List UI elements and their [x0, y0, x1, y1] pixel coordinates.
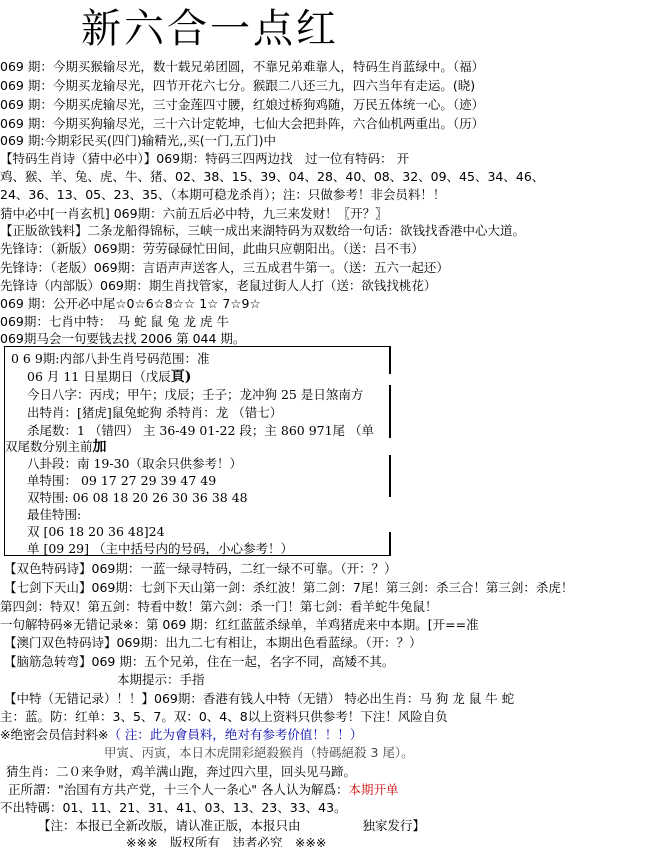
box-dan-te: 单特围： 09 17 27 29 39 47 49	[27, 472, 216, 489]
text-line: 【双色特码诗】069期：一蓝一绿寻特码，二红一绿不可靠。（开：？）	[4, 560, 397, 578]
text-line: 24、36、13、05、23、35、（本期可稳龙杀肖）；注：只做参考！非会员料！…	[0, 186, 445, 204]
box-bazi: 今日八字：丙戌；甲午；戊辰；壬子；龙冲狗 25 是日煞南方	[27, 386, 363, 403]
text-line: 069 期：今期买虎输尽光，三寸金莲四寸腰，红娘过桥狗鸡随，万民五体统一心。（迹…	[0, 96, 484, 114]
text-line: 猜中必中[一肖玄机] 069期：六前五后必中特，九三来发财！〖开？〗	[0, 205, 388, 223]
text-line: 【七剑下天山】069期：七剑下天山第一剑：杀红波！第二剑：7尾！第三剑：杀三合！…	[4, 579, 573, 597]
box-border	[389, 455, 391, 497]
box-shuang-te: 双特围: 06 08 18 20 26 30 36 38 48	[27, 489, 248, 506]
text-line: 069期：七肖中特： 马 蛇 鼠 兔 龙 虎 牛	[0, 313, 229, 331]
text-line: 069 期：今期买狗输尽光，三十六计定乾坤，七仙大会把卦阵，六合仙机两重出。（历…	[0, 115, 484, 133]
box-best: 最佳特围:	[27, 506, 81, 523]
saying-line: 正所謂："治国有方共产党，十三个人一条心" 各人认为解爲：本期开单	[8, 781, 399, 799]
text-line: 先锋诗：（新版）069期：劳劳碌碌忙田间，此曲只应朝阳出。（送：吕不韦）	[0, 240, 424, 258]
box-best-shuang: 双 [06 18 20 36 48]24	[27, 523, 165, 540]
text-line: 先锋诗：（老版）069期：言语声声送客人，三五成君牛第一。（送：五六一起还）	[0, 259, 449, 277]
box-shuang-wei: 双尾数分别主前加	[5, 438, 107, 455]
text-line: 069 期:今期彩民买(四门)输精光,,买(一门,五门)中	[0, 132, 276, 150]
copyright: ※※※ 版权所有 违者必究 ※※※	[126, 834, 326, 847]
text-line: 069 期：今期买猴输尽光，数十载兄弟团圆，不靠兄弟难靠人，特码生肖蓝绿中。（福…	[0, 58, 484, 76]
box-date: 06 月 11 日星期日（戊辰頁)	[27, 368, 191, 385]
text-line: 先锋诗（内部版）069期：期生肖找管家，老鼠过街人人打（送：欲钱找桃花）	[0, 277, 436, 295]
box-border	[389, 346, 391, 374]
box-border	[389, 385, 391, 438]
box-best-dan: 单 [09 29] （主中括号内的号码，小心参考！）	[27, 540, 293, 557]
text-line: 主：蓝。防：红单：3、5、7。双：0、4、8以上资料只供参考！下注！风险自负	[0, 708, 448, 726]
text-line: 069 期：公开必中尾☆0☆6☆8☆☆ 1☆ 7☆9☆	[0, 295, 261, 313]
box-chu-te: 出特肖：[猪虎]鼠兔蛇狗 杀特肖：龙 （错七）	[27, 404, 282, 421]
text-line: 猜生肖：二０来争财，鸡羊满山跑，奔过四六里，回头见马蹄。	[6, 763, 356, 781]
text-line: 【正版欲钱料】二条龙船得锦标，三峡一成出来湖特码为双数给一句话：欲钱找香港中心大…	[0, 222, 525, 240]
text-line: 甲寅、丙寅，本日木虎開彩絕殺猴肖（特碼絕殺 3 尾）。	[104, 744, 414, 762]
notice-line: 【注：本报已全新改版，请认准正版，本报只由独家发行】	[38, 817, 425, 835]
text-line: 【特码生肖诗（猜中必中）】069期：特码三四两边找 过一位有特码： 开	[0, 150, 409, 168]
bagua-box: 0 6 9期:内部八卦生肖号码范围：准 06 月 11 日星期日（戊辰頁) 今日…	[4, 346, 391, 556]
text-line: 不出特碼：01、11、21、31、41、03、13、23、33、43。	[0, 799, 347, 817]
text-line: 鸡、猴、羊、兔、虎、牛、猪、02、38、15、39、04、28、40、08、32…	[0, 168, 544, 186]
box-heading: 0 6 9期:内部八卦生肖号码范围：准	[11, 350, 210, 367]
text-line: 【中特（无错记录）！！】069期：香港有钱人中特（无错） 特必出生肖：马 狗 龙…	[4, 690, 514, 708]
text-line: 第四剑：特双！第五剑：特看中数！第六剑：杀一门！第七剑：看羊蛇牛兔鼠！	[0, 598, 438, 616]
box-border	[389, 532, 391, 556]
text-line: 【脑筋急转弯】069 期：五个兄弟，住在一起，名字不同，高矮不其。	[4, 653, 394, 671]
text-line: 069 期：今期买龙输尽光，四节开花六七分。猴跟二八还三九，四六当年有走运。(晓…	[0, 77, 475, 95]
text-line: 【澳门双色特码诗】069期：出九二七有相让，本期出色看蓝绿。（开：？）	[4, 634, 422, 652]
box-sha-wei: 杀尾数：1 （错四） 主 36-49 01-22 段；主 860 971尾 （单	[27, 422, 374, 439]
vip-line: ※绝密会员信封料※（ 注：此为會員料，绝对有参考价值！！！）	[0, 726, 362, 744]
page-title: 新六合一点红	[0, 4, 420, 54]
text-line: 一句解特码※无错记录※：第 069 期：红红蓝蓝杀绿单，羊鸡猪虎来中本期。[开=…	[0, 616, 479, 634]
box-bagua: 八卦段：南 19-30（取余只供参考！）	[27, 455, 242, 472]
text-line: 本期提示：手指	[117, 671, 205, 689]
